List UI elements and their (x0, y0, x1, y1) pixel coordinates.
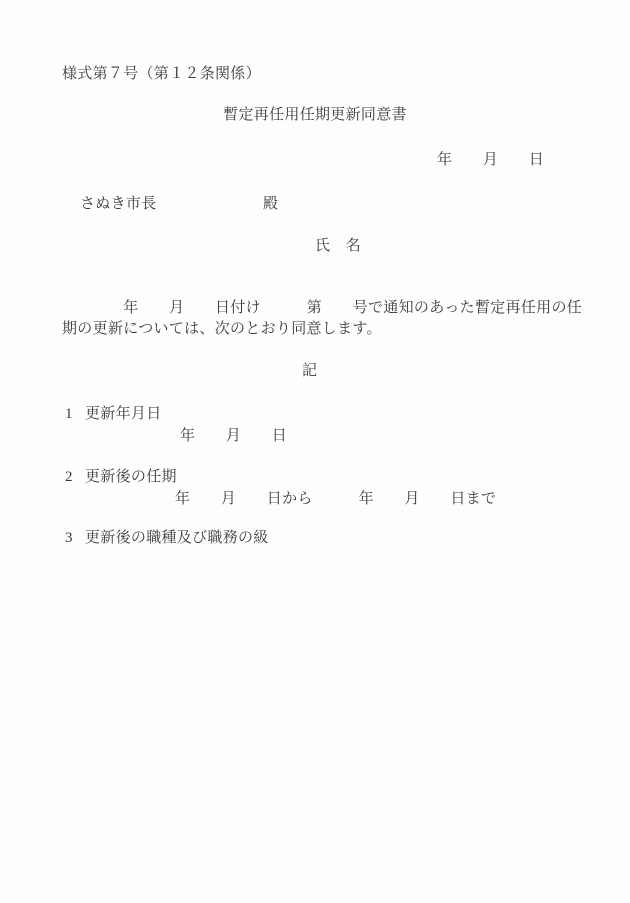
item-1-date-line: 年 月 日 (180, 426, 287, 446)
item-1-number: 1 (65, 404, 73, 424)
item-2-label: 更新後の任期 (85, 467, 177, 487)
item-2-date-line: 年 月 日から 年 月 日まで (175, 489, 496, 509)
name-label: 氏 名 (315, 236, 361, 256)
body-line-1: 年 月 日付け 第 号で通知のあった暫定再任用の任 (62, 298, 582, 318)
page-title: 暫定再任用任期更新同意書 (0, 105, 630, 125)
addressee-name: さぬき市長 (80, 194, 157, 214)
body-line-2: 期の更新については、次のとおり同意します。 (62, 319, 382, 339)
form-number: 様式第７号（第１２条関係） (62, 64, 261, 84)
list-marker: 記 (302, 361, 317, 381)
item-1-label: 更新年月日 (85, 404, 162, 424)
item-2-number: 2 (65, 467, 73, 487)
addressee-honorific: 殿 (263, 194, 278, 214)
document-page: 様式第７号（第１２条関係） 暫定再任用任期更新同意書 年 月 日 さぬき市長 殿… (0, 0, 630, 903)
date-line: 年 月 日 (437, 150, 544, 170)
item-3-label: 更新後の職種及び職務の級 (85, 528, 269, 548)
item-3-number: 3 (65, 528, 73, 548)
